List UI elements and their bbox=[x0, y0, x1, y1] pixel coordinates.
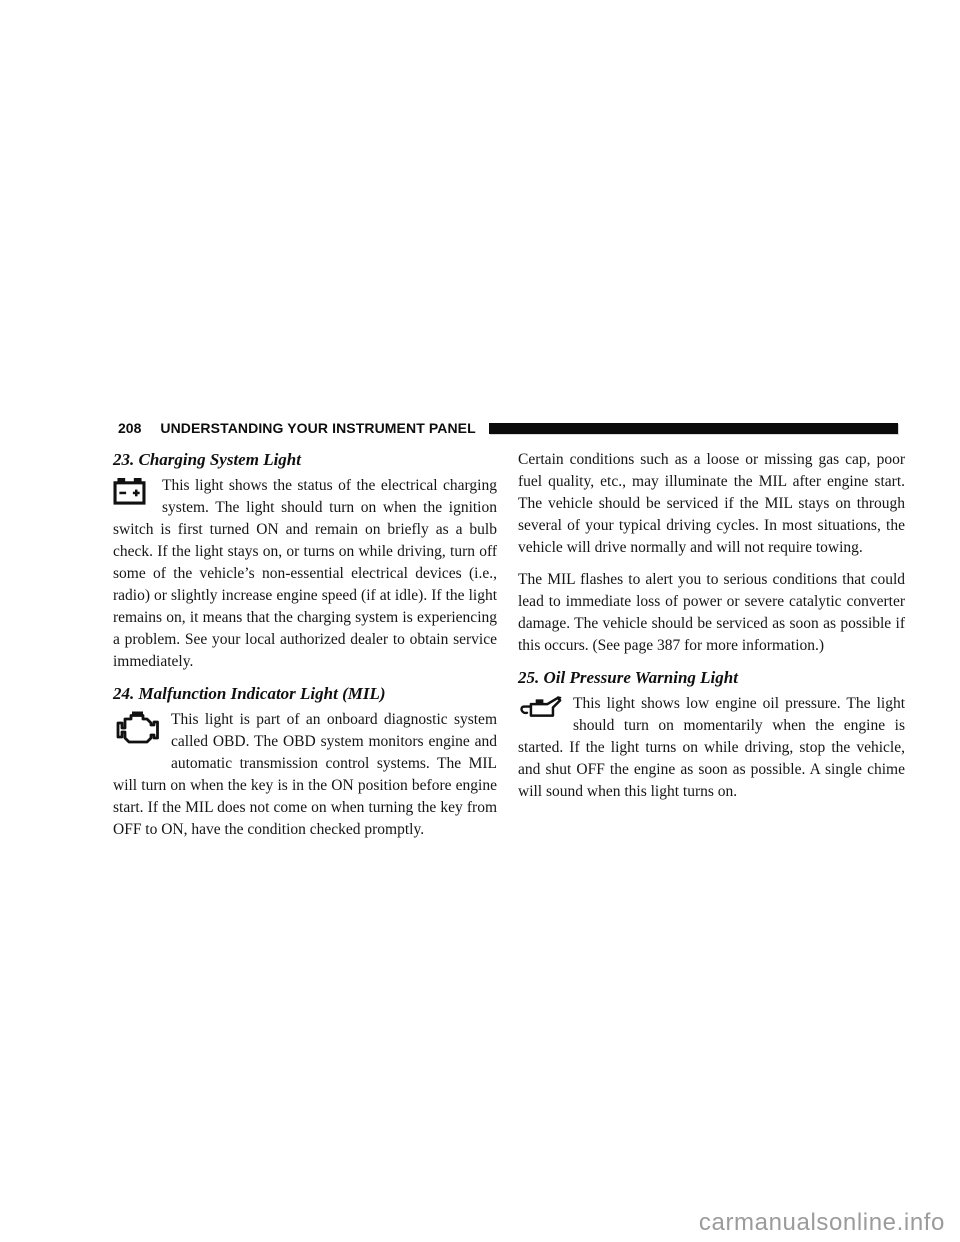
page-header-title: UNDERSTANDING YOUR INSTRUMENT PANEL bbox=[160, 420, 475, 436]
section-25-text: This light shows low engine oil pressure… bbox=[518, 695, 905, 800]
oil-can-icon bbox=[518, 693, 573, 736]
section-23-text: This light shows the status of the elect… bbox=[113, 477, 497, 670]
header-rule-bar bbox=[489, 423, 898, 434]
page-body: 23. Charging System Light This light sho… bbox=[113, 449, 905, 851]
section-24-paragraph: This light is part of an onboard diagnos… bbox=[113, 709, 497, 841]
check-engine-icon bbox=[113, 709, 171, 769]
section-25-paragraph: This light shows low engine oil pressure… bbox=[518, 693, 905, 803]
section-24-text: This light is part of an onboard diagnos… bbox=[113, 711, 497, 838]
section-24-heading: 24. Malfunction Indicator Light (MIL) bbox=[113, 683, 497, 705]
page-header: 208 UNDERSTANDING YOUR INSTRUMENT PANEL bbox=[118, 420, 898, 436]
battery-icon bbox=[113, 475, 162, 518]
section-25-heading: 25. Oil Pressure Warning Light bbox=[518, 667, 905, 689]
mil-continuation-paragraph-1: Certain conditions such as a loose or mi… bbox=[518, 449, 905, 559]
watermark: carmanualsonline.info bbox=[699, 1209, 945, 1237]
left-column: 23. Charging System Light This light sho… bbox=[113, 449, 497, 851]
section-23-heading: 23. Charging System Light bbox=[113, 449, 497, 471]
mil-continuation-paragraph-2: The MIL flashes to alert you to serious … bbox=[518, 569, 905, 657]
right-column: Certain conditions such as a loose or mi… bbox=[518, 449, 905, 851]
page-number: 208 bbox=[118, 420, 141, 436]
manual-page: 208 UNDERSTANDING YOUR INSTRUMENT PANEL … bbox=[0, 0, 960, 1242]
section-23-paragraph: This light shows the status of the elect… bbox=[113, 475, 497, 673]
